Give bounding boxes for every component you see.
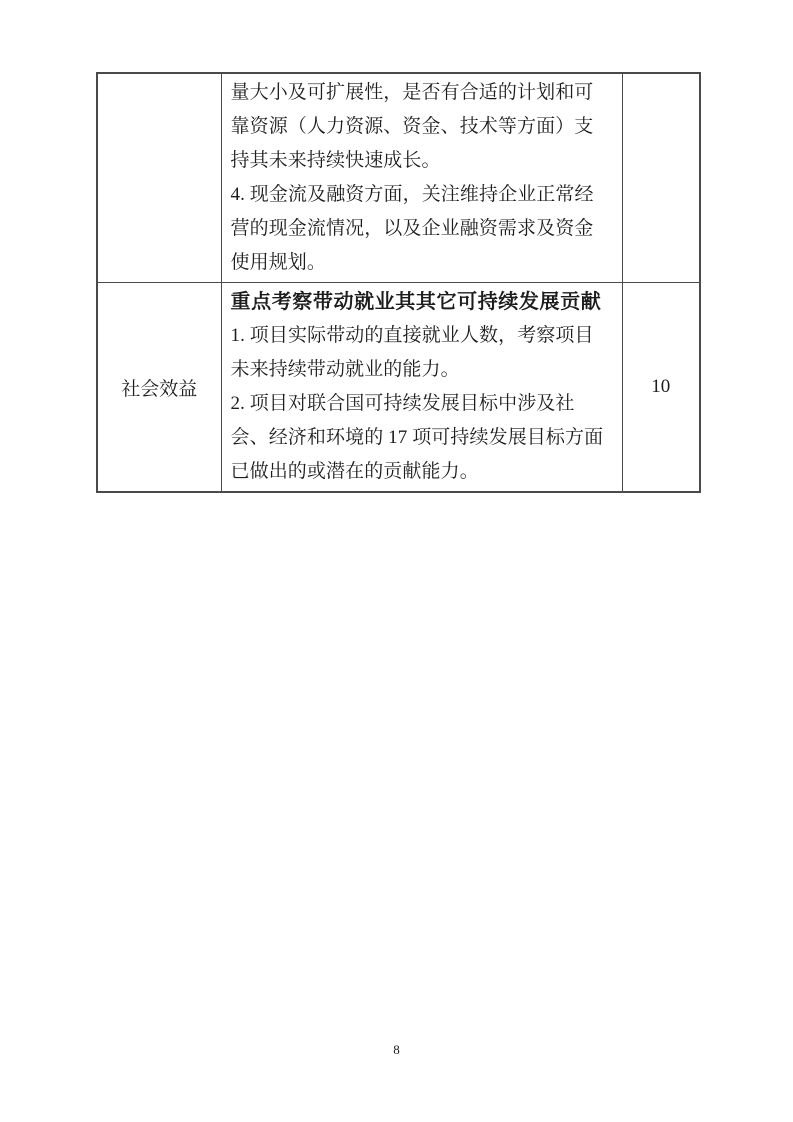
criteria-line: 会、经济和环境的 17 项可持续发展目标方面 [231,421,613,455]
table-row-continuation: 量大小及可扩展性，是否有合适的计划和可 靠资源（人力资源、资金、技术等方面）支 … [97,73,700,283]
criteria-line: 1. 项目实际带动的直接就业人数，考察项目 [231,319,613,353]
category-cell-empty [97,73,221,283]
criteria-line: 量大小及可扩展性，是否有合适的计划和可 [231,76,613,110]
criteria-line: 营的现金流情况，以及企业融资需求及资金 [231,212,613,246]
criteria-line: 已做出的或潜在的贡献能力。 [231,455,613,489]
criteria-line: 未来持续带动就业的能力。 [231,353,613,387]
criteria-line: 4. 现金流及融资方面，关注维持企业正常经 [231,178,613,212]
criteria-line: 2. 项目对联合国可持续发展目标中涉及社 [231,387,613,421]
document-page: 量大小及可扩展性，是否有合适的计划和可 靠资源（人力资源、资金、技术等方面）支 … [0,0,793,1122]
score-cell-empty [622,73,700,283]
evaluation-table: 量大小及可扩展性，是否有合适的计划和可 靠资源（人力资源、资金、技术等方面）支 … [96,72,701,493]
criteria-heading: 重点考察带动就业其其它可持续发展贡献 [231,285,613,319]
page-number: 8 [0,1042,793,1058]
criteria-line: 使用规划。 [231,246,613,280]
table-row-social-benefit: 社会效益 重点考察带动就业其其它可持续发展贡献 1. 项目实际带动的直接就业人数… [97,283,700,493]
criteria-line: 靠资源（人力资源、资金、技术等方面）支 [231,110,613,144]
criteria-cell: 重点考察带动就业其其它可持续发展贡献 1. 项目实际带动的直接就业人数，考察项目… [221,283,622,493]
criteria-cell: 量大小及可扩展性，是否有合适的计划和可 靠资源（人力资源、资金、技术等方面）支 … [221,73,622,283]
category-cell: 社会效益 [97,283,221,493]
criteria-line: 持其未来持续快速成长。 [231,144,613,178]
score-cell: 10 [622,283,700,493]
